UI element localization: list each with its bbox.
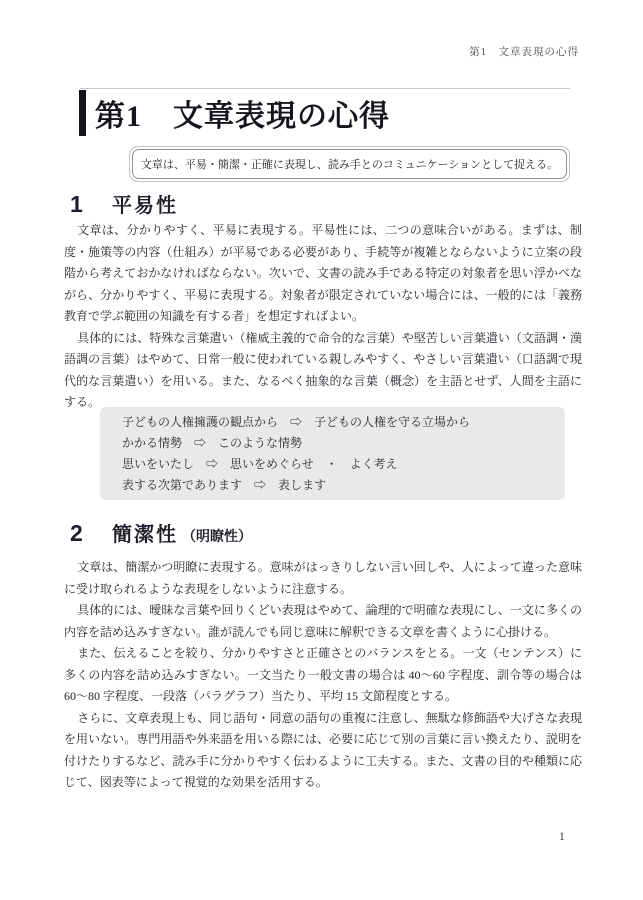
document-page: 第1 文章表現の心得 第1 文章表現の心得 文章は、平易・簡潔・正確に表現し、読… [0, 0, 643, 900]
title-accent-bar [79, 90, 86, 136]
example-line-1: 子どもの人権擁護の観点から ⇨ 子どもの人権を守る立場から [122, 412, 554, 433]
section-2-title: 簡潔性 [112, 518, 178, 547]
example-line-3: 思いをいたし ⇨ 思いをめぐらせ ・ よく考え [122, 454, 554, 475]
section-1-number: 1 [70, 191, 112, 218]
example-line-4: 表する次第であります ⇨ 表します [122, 475, 554, 496]
lead-summary-text: 文章は、平易・簡潔・正確に表現し、読み手とのコミュニケーションとして捉える。 [132, 149, 567, 179]
section-2-paragraph-2: 具体的には、曖昧な言葉や回りくどい表現はやめて、論理的で明確な表現にし、一文に多… [64, 600, 582, 643]
section-2-number: 2 [70, 520, 112, 547]
lead-summary-box: 文章は、平易・簡潔・正確に表現し、読み手とのコミュニケーションとして捉える。 [129, 146, 570, 182]
running-header: 第1 文章表現の心得 [469, 44, 579, 59]
chapter-title: 第1 文章表現の心得 [79, 89, 390, 137]
section-2-paragraph-4: さらに、文章表現上も、同じ語句・同意の語句の重複に注意し、無駄な修飾語や大げさな… [64, 708, 582, 794]
section-2-body: 文章は、簡潔かつ明瞭に表現する。意味がはっきりしない言い回しや、人によって違った… [64, 557, 582, 794]
section-2-paragraph-1: 文章は、簡潔かつ明瞭に表現する。意味がはっきりしない言い回しや、人によって違った… [64, 557, 582, 600]
section-1-heading: 1 平易性 [70, 189, 178, 218]
chapter-title-text: 第1 文章表現の心得 [95, 91, 390, 135]
section-1-paragraph-1: 文章は、分かりやすく、平易に表現する。平易性には、二つの意味合いがある。まずは、… [64, 220, 582, 328]
section-2-title-note: （明瞭性） [182, 526, 252, 546]
section-2-paragraph-3: また、伝えることを絞り、分かりやすさと正確さとのバランスをとる。一文（センテンス… [64, 643, 582, 708]
section-1-title: 平易性 [112, 189, 178, 218]
page-number: 1 [559, 831, 565, 843]
section-1-body: 文章は、分かりやすく、平易に表現する。平易性には、二つの意味合いがある。まずは、… [64, 220, 582, 414]
rewording-example-box: 子どもの人権擁護の観点から ⇨ 子どもの人権を守る立場から かかる情勢 ⇨ この… [100, 407, 565, 500]
section-2-heading: 2 簡潔性 （明瞭性） [70, 518, 252, 547]
example-line-2: かかる情勢 ⇨ このような情勢 [122, 433, 554, 454]
section-1-paragraph-2: 具体的には、特殊な言葉遣い（権威主義的で命令的な言葉）や堅苦しい言葉遣い（文語調… [64, 328, 582, 414]
